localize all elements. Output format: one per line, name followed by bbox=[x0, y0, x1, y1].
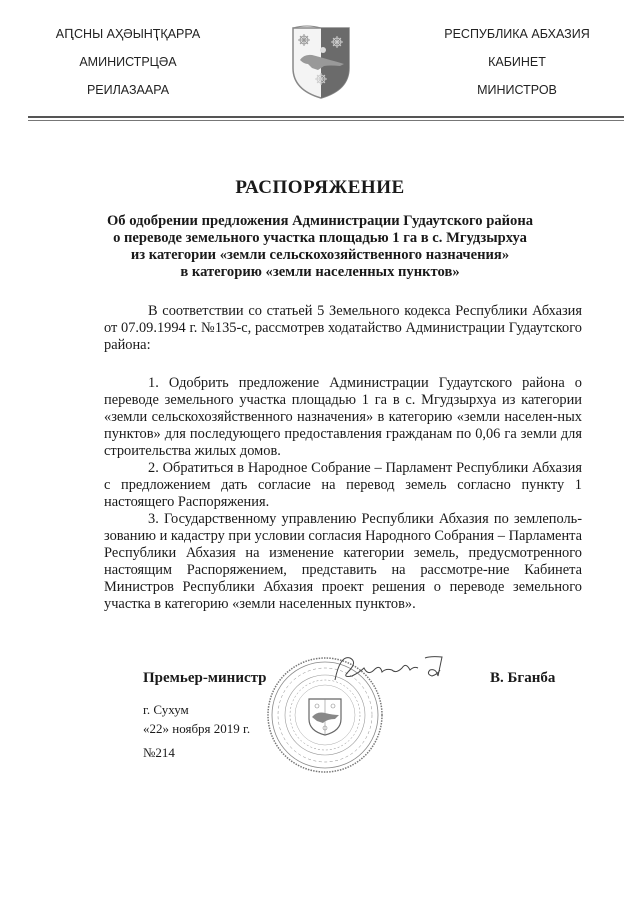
letterhead-abkhaz: АԤСНЫ АҲӘЫНҬҚАРРА АМИНИСТРЦӘА РЕИЛАЗААРА bbox=[28, 26, 228, 110]
header-divider-top bbox=[28, 116, 624, 118]
document-subject: Об одобрении предложения Администрации Г… bbox=[100, 213, 540, 281]
signatory-role: Премьер-министр bbox=[143, 670, 267, 687]
letterhead-russian-line-3: МИНИСТРОВ bbox=[412, 82, 622, 110]
letterhead-abkhaz-line-3: РЕИЛАЗААРА bbox=[28, 82, 228, 110]
letterhead-russian-line-2: КАБИНЕТ bbox=[412, 54, 622, 82]
signatory-name: В. Бганба bbox=[490, 670, 555, 687]
subject-line-1: Об одобрении предложения Администрации Г… bbox=[100, 213, 540, 230]
preamble-text: В соответствии со статьей 5 Земельного к… bbox=[104, 303, 582, 354]
issue-place: г. Сухум bbox=[143, 702, 189, 718]
resolution-item-1: 1. Одобрить предложение Администрации Гу… bbox=[104, 375, 582, 460]
letterhead-russian: РЕСПУБЛИКА АБХАЗИЯ КАБИНЕТ МИНИСТРОВ bbox=[412, 26, 622, 110]
document-number: №214 bbox=[143, 745, 175, 761]
issue-date: «22» ноября 2019 г. bbox=[143, 721, 250, 737]
abkhazia-coat-of-arms-icon bbox=[290, 24, 352, 100]
subject-line-2: о переводе земельного участка площадью 1… bbox=[100, 230, 540, 247]
letterhead-abkhaz-line-1: АԤСНЫ АҲӘЫНҬҚАРРА bbox=[28, 26, 228, 54]
handwritten-signature bbox=[330, 650, 470, 690]
preamble: В соответствии со статьей 5 Земельного к… bbox=[104, 303, 582, 354]
resolution-item-3: 3. Государственному управлению Республик… bbox=[104, 511, 582, 613]
resolution-items: 1. Одобрить предложение Администрации Гу… bbox=[104, 375, 582, 613]
letterhead-abkhaz-line-2: АМИНИСТРЦӘА bbox=[28, 54, 228, 82]
letterhead-russian-line-1: РЕСПУБЛИКА АБХАЗИЯ bbox=[412, 26, 622, 54]
document-title: РАСПОРЯЖЕНИЕ bbox=[0, 177, 640, 199]
header-divider-bottom bbox=[28, 120, 624, 122]
subject-line-3: из категории «земли сельскохозяйственног… bbox=[100, 247, 540, 264]
subject-line-4: в категорию «земли населенных пунктов» bbox=[100, 264, 540, 281]
resolution-item-2: 2. Обратиться в Народное Собрание – Парл… bbox=[104, 460, 582, 511]
